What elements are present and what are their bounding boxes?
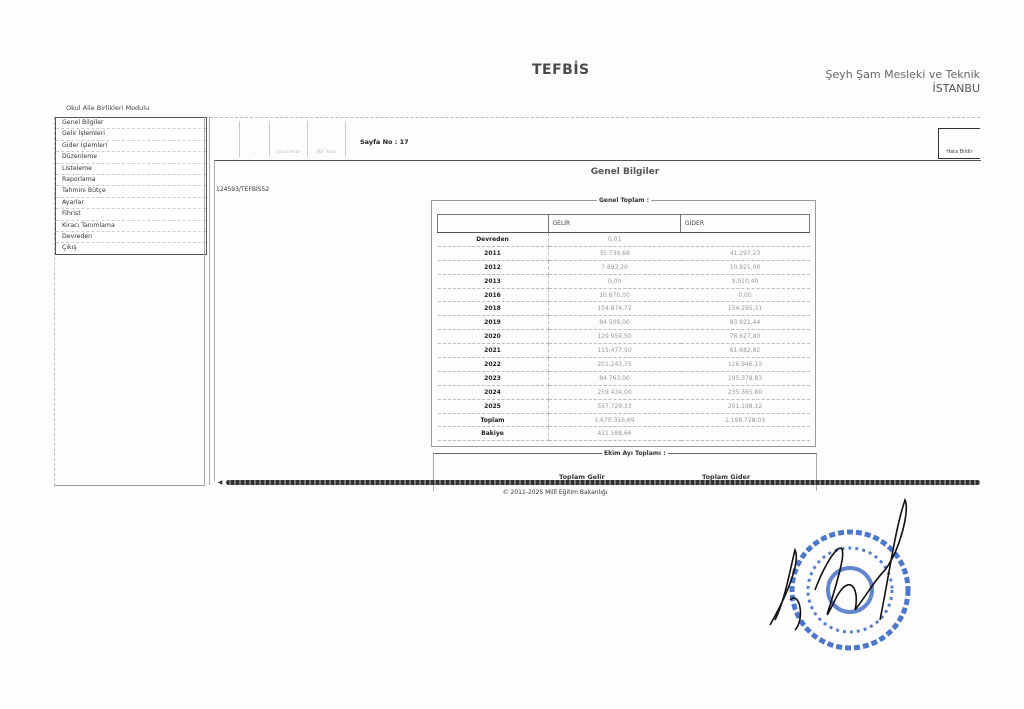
- gider-value: 0,00: [681, 288, 810, 302]
- gider-value: 9.010,40: [681, 274, 810, 288]
- general-totals-legend: Genel Toplam :: [597, 197, 651, 204]
- horizontal-scrollbar[interactable]: ◀: [214, 478, 980, 486]
- gelir-value: 201.243,75: [548, 358, 681, 372]
- gelir-value: 84.763,00: [548, 371, 681, 385]
- col-header-label: [438, 215, 549, 233]
- pdf-export-button[interactable]: PDF Aktar: [308, 121, 346, 157]
- official-seal-icon: [792, 532, 908, 648]
- gelir-value: 0,01: [548, 233, 681, 247]
- sidebar-item-gider-islemleri[interactable]: Gider İşlemleri: [56, 141, 206, 152]
- table-row: 201135.739,6841.297,23: [438, 246, 810, 260]
- monthly-totals-legend: Ekim Ayı Toplamı :: [602, 450, 668, 457]
- institution-name: Şeyh Şam Mesleki ve Teknik İSTANBU: [825, 68, 980, 96]
- toolbar-button-1[interactable]: ...: [210, 121, 240, 157]
- gelir-value: 259.434,00: [548, 385, 681, 399]
- signature-stamp: [760, 490, 920, 670]
- row-label: 2019: [438, 316, 549, 330]
- table-row: 2022201.243,75126.946,13: [438, 358, 810, 372]
- general-totals-table: GELİR GİDER Devreden0,01201135.739,6841.…: [437, 214, 810, 441]
- row-label: Toplam: [438, 413, 549, 427]
- report-error-button[interactable]: Hata Bildir: [938, 128, 980, 159]
- table-row: 2020129.959,5078.627,80: [438, 330, 810, 344]
- gider-value: 41.297,23: [681, 246, 810, 260]
- table-row: 20130,009.010,40: [438, 274, 810, 288]
- gider-value: 126.946,13: [681, 358, 810, 372]
- gelir-value: 84.509,00: [548, 316, 681, 330]
- row-label: Devreden: [438, 233, 549, 247]
- scrollbar-thumb[interactable]: [226, 480, 980, 485]
- table-row: 2018154.874,72154.295,31: [438, 302, 810, 316]
- institution-line1: Şeyh Şam Mesleki ve Teknik: [825, 68, 980, 82]
- gider-value: 78.627,80: [681, 330, 810, 344]
- section-title: Genel Bilgiler: [540, 167, 710, 177]
- row-label: 2024: [438, 385, 549, 399]
- toolbar-button-2[interactable]: ...: [240, 121, 270, 157]
- gider-value: [681, 233, 810, 247]
- table-row: 202384.763,00195.378,83: [438, 371, 810, 385]
- col-header-gelir: GELİR: [548, 215, 681, 233]
- gider-value: 10.921,00: [681, 260, 810, 274]
- page-number: Sayfa No : 17: [360, 138, 409, 146]
- row-label: 2016: [438, 288, 549, 302]
- sidebar-item-cikis[interactable]: Çıkış: [56, 243, 206, 253]
- gider-value: 154.295,31: [681, 302, 810, 316]
- table-row: 20127.893,2010.921,00: [438, 260, 810, 274]
- sidebar-item-listeleme[interactable]: Listeleme: [56, 164, 206, 175]
- toolbar: ... ... Excel Aktar PDF Aktar: [210, 121, 346, 157]
- row-label: Bakiye: [438, 427, 549, 441]
- row-label: 2013: [438, 274, 549, 288]
- top-divider: [210, 117, 980, 118]
- table-row: Devreden0,01: [438, 233, 810, 247]
- sidebar-item-genel-bilgiler[interactable]: Genel Bilgiler: [56, 118, 206, 129]
- sidebar-menu: Genel Bilgiler Gelir İşlemleri Gider İşl…: [55, 117, 207, 255]
- institution-line2: İSTANBU: [825, 82, 980, 96]
- table-row: 201610.870,000,00: [438, 288, 810, 302]
- gelir-value: 115.477,50: [548, 344, 681, 358]
- module-label: Okul Aile Birlikleri Modulu: [66, 104, 149, 112]
- row-label: 2012: [438, 260, 549, 274]
- gelir-value: 431.588,66: [548, 427, 681, 441]
- app-title: TEFBİS: [532, 62, 590, 78]
- record-id: 124593/TEFBİS52: [216, 186, 269, 193]
- row-label: 2020: [438, 330, 549, 344]
- gelir-value: 557.729,33: [548, 399, 681, 413]
- gider-value: 61.682,82: [681, 344, 810, 358]
- gelir-value: 154.874,72: [548, 302, 681, 316]
- sidebar-item-raporlama[interactable]: Raporlama: [56, 175, 206, 186]
- sidebar-item-ayarlar[interactable]: Ayarlar: [56, 198, 206, 209]
- gelir-value: 7.893,20: [548, 260, 681, 274]
- gider-value: 1.198.728,03: [681, 413, 810, 427]
- row-label: 2021: [438, 344, 549, 358]
- table-row: Bakiye431.588,66: [438, 427, 810, 441]
- table-row: 2025557.729,33201.198,12: [438, 399, 810, 413]
- gelir-value: 0,00: [548, 274, 681, 288]
- gider-value: 83.921,44: [681, 316, 810, 330]
- row-label: 2022: [438, 358, 549, 372]
- gider-value: 235.365,80: [681, 385, 810, 399]
- gelir-value: 35.739,68: [548, 246, 681, 260]
- gider-value: 201.198,12: [681, 399, 810, 413]
- gider-value: 195.378,83: [681, 371, 810, 385]
- gelir-value: 129.959,50: [548, 330, 681, 344]
- sidebar-item-duzenleme[interactable]: Düzenleme: [56, 152, 206, 163]
- panel-splitter[interactable]: [204, 117, 210, 485]
- sidebar-item-tahmini-butce[interactable]: Tahmini Bütçe: [56, 186, 206, 197]
- row-label: 2025: [438, 399, 549, 413]
- col-header-gider: GİDER: [681, 215, 810, 233]
- sidebar-item-fihrist[interactable]: Fihrist: [56, 209, 206, 220]
- general-totals-panel: Genel Toplam : GELİR GİDER Devreden0,012…: [431, 197, 816, 447]
- sidebar-item-kiraci-tanimlama[interactable]: Kiracı Tanımlama: [56, 221, 206, 232]
- table-row: 2024259.434,00235.365,80: [438, 385, 810, 399]
- sidebar-item-gelir-islemleri[interactable]: Gelir İşlemleri: [56, 129, 206, 140]
- gelir-value: 1.670.316,69: [548, 413, 681, 427]
- sidebar: Genel Bilgiler Gelir İşlemleri Gider İşl…: [54, 117, 205, 486]
- table-row: 201984.509,0083.921,44: [438, 316, 810, 330]
- row-label: 2023: [438, 371, 549, 385]
- row-label: 2011: [438, 246, 549, 260]
- gider-value: [681, 427, 810, 441]
- scroll-left-arrow-icon[interactable]: ◀: [214, 479, 226, 486]
- table-row: 2021115.477,5061.682,82: [438, 344, 810, 358]
- gelir-value: 10.870,00: [548, 288, 681, 302]
- excel-export-button[interactable]: Excel Aktar: [270, 121, 308, 157]
- sidebar-item-devreden[interactable]: Devreden: [56, 232, 206, 243]
- table-row: Toplam1.670.316,691.198.728,03: [438, 413, 810, 427]
- row-label: 2018: [438, 302, 549, 316]
